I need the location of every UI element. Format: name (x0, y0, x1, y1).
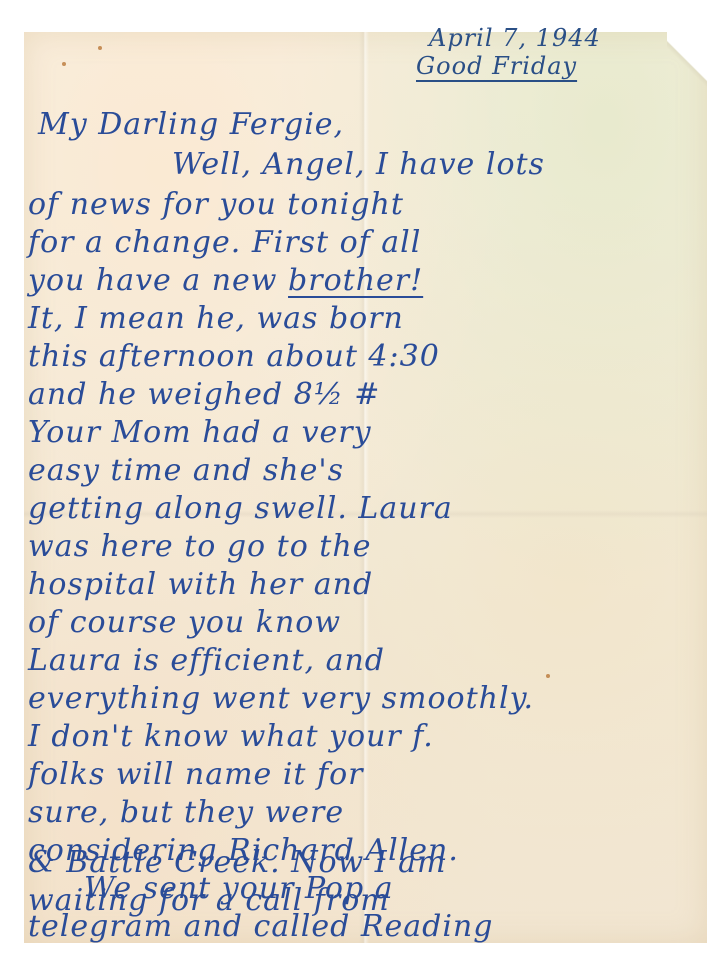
letter-page: April 7, 1944 Good Friday My Darling Fer… (24, 32, 707, 943)
letter-line: hospital with her and (28, 570, 373, 600)
letter-line: folks will name it for (28, 760, 364, 790)
letter-line: waiting for a call from (28, 886, 390, 916)
letter-day: Good Friday (416, 54, 577, 78)
folded-corner (667, 32, 707, 92)
age-spot (546, 674, 550, 678)
letter-text: you have a new (28, 263, 288, 298)
letter-line: sure, but they were (28, 798, 344, 828)
letter-line: of course you know (28, 608, 341, 638)
letter-line: and he weighed 8½ # (28, 380, 380, 410)
letter-line: I don't know what your f. (28, 722, 434, 752)
letter-line: & Battle Creek. Now I am (28, 848, 446, 878)
letter-line: was here to go to the (28, 532, 371, 562)
letter-line: easy time and she's (28, 456, 344, 486)
letter-line: of news for you tonight (28, 190, 404, 220)
age-spot (98, 46, 102, 50)
letter-date: April 7, 1944 (429, 26, 601, 50)
letter-line: everything went very smoothly. (28, 684, 534, 714)
letter-line: Your Mom had a very (28, 418, 372, 448)
salutation: My Darling Fergie, (38, 110, 344, 140)
age-spot (62, 62, 66, 66)
letter-line: Laura is efficient, and (28, 646, 385, 676)
letter-line: for a change. First of all (28, 228, 421, 258)
letter-line: this afternoon about 4:30 (28, 342, 440, 372)
letter-line: It, I mean he, was born (28, 304, 404, 334)
underlined-word: brother! (288, 263, 423, 298)
letter-line: Well, Angel, I have lots (172, 150, 545, 180)
letter-line: getting along swell. Laura (28, 494, 453, 524)
letter-line: you have a new brother! (28, 266, 423, 296)
